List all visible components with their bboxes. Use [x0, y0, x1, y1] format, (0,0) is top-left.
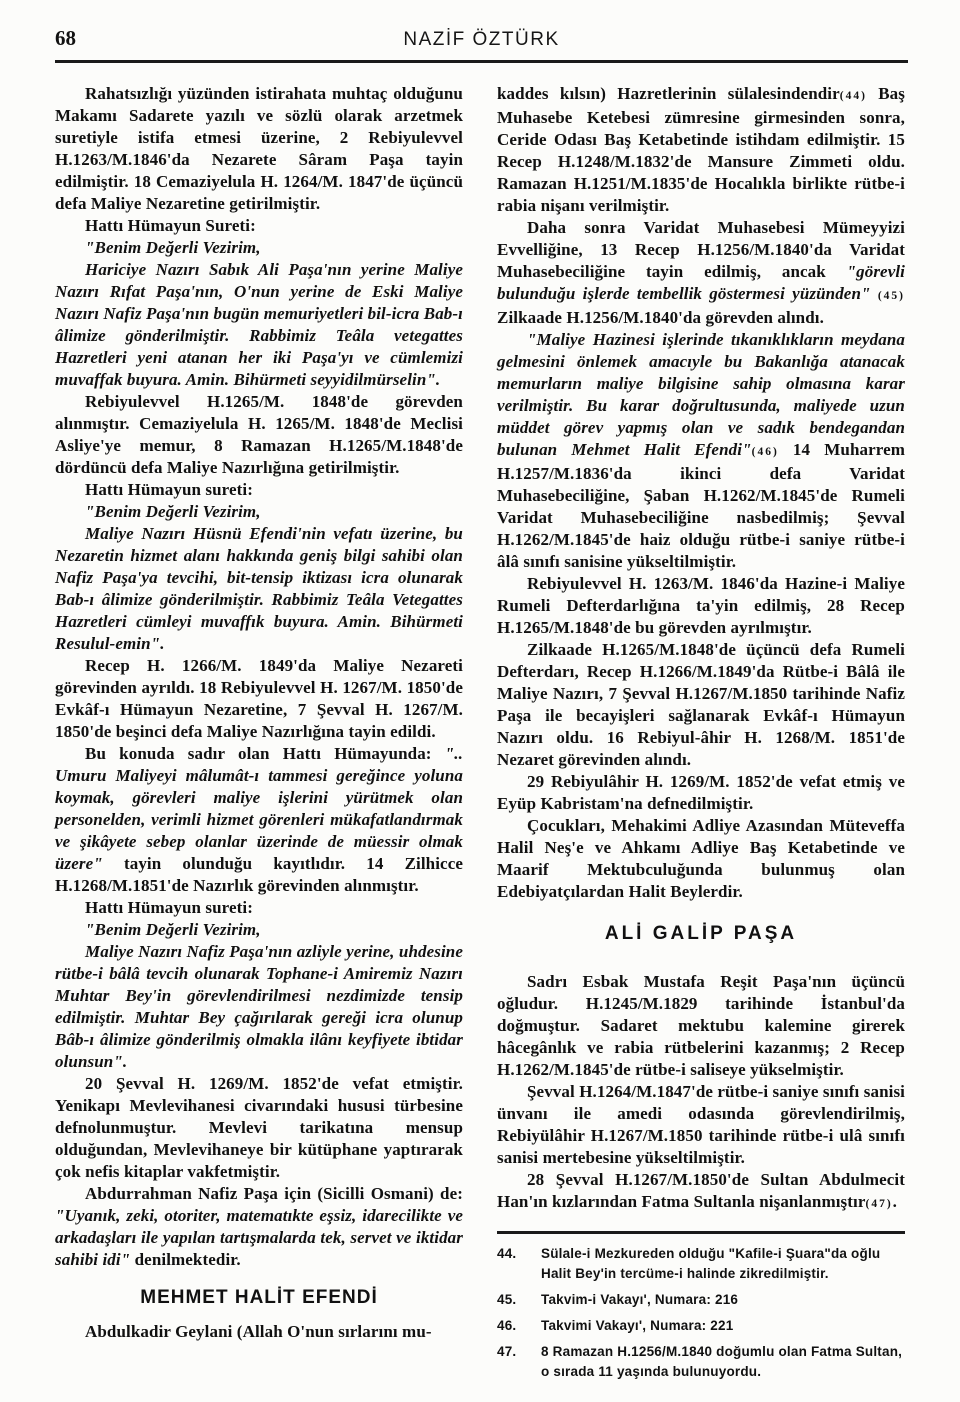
header-divider [55, 60, 908, 63]
page-header: 68 NAZİF ÖZTÜRK [55, 26, 908, 56]
paragraph: Hariciye Nazırı Sabık Ali Paşa'nın yerin… [55, 259, 463, 391]
text-segment: Hattı Hümayun sureti: [85, 898, 253, 917]
paragraph: Maliye Nazırı Nafiz Paşa'nın azliyle yer… [55, 941, 463, 1073]
footnote-ref-47: (47) [866, 1198, 893, 1210]
footnote: 47.8 Ramazan H.1256/M.1840 doğumlu olan … [497, 1342, 905, 1382]
paragraph: kaddes kılsın) Hazretlerinin sülalesinde… [497, 83, 905, 217]
text-segment: Hattı Hümayun sureti: [85, 480, 253, 499]
paragraph: Maliye Nazırı Hüsnü Efendi'nin vefatı üz… [55, 523, 463, 655]
paragraph: Sadrı Esbak Mustafa Reşit Paşa'nın üçünc… [497, 971, 905, 1081]
text-segment: denilmektedir. [130, 1250, 240, 1269]
paragraph: Zilkaade H.1265/M.1848'de üçüncü defa Ru… [497, 639, 905, 771]
paragraph: Daha sonra Varidat Muhasebesi Mümeyyizi … [497, 217, 905, 329]
paragraph: Rebiyulevvel H. 1263/M. 1846'da Hazine-i… [497, 573, 905, 639]
footnote-divider [497, 1231, 905, 1234]
left-column: Rahatsızlığı yüzünden istirahata muhtaç … [55, 83, 463, 1388]
document-page: 68 NAZİF ÖZTÜRK Rahatsızlığı yüzünden is… [0, 0, 960, 1402]
paragraph: Hattı Hümayun sureti: [55, 897, 463, 919]
text-segment: "Benim Değerli Vezirim, [85, 502, 261, 521]
text-segment: Hariciye Nazırı Sabık Ali Paşa'nın yerin… [55, 260, 463, 389]
text-segment: 28 Şevval H.1267/M.1850'de Sultan Abdulm… [497, 1170, 905, 1211]
paragraph: Çocukları, Mehakimi Adliye Azasından Müt… [497, 815, 905, 903]
footnote-number: 47. [497, 1342, 516, 1362]
text-segment: Bu konuda sadır olan Hattı Hümayunda: [85, 744, 445, 763]
text-segment: Rebiyulevvel H. 1263/M. 1846'da Hazine-i… [497, 574, 905, 637]
section-heading-mehmet-halit-efendi: MEHMET HALİT EFENDİ [55, 1287, 463, 1309]
footnote: 45.Takvim-i Vakayı', Numara: 216 [497, 1290, 905, 1310]
text-segment: Abdurrahman Nafiz Paşa için (Sicilli Osm… [85, 1184, 463, 1203]
text-segment: . [893, 1192, 897, 1211]
paragraph: Hattı Hümayun Sureti: [55, 215, 463, 237]
paragraph: "Benim Değerli Vezirim, [55, 501, 463, 523]
footnote-text: Takvim-i Vakayı', Numara: 216 [541, 1292, 738, 1307]
footnotes: 44.Sülale-i Mezkureden olduğu "Kafile-i … [497, 1244, 905, 1382]
text-segment: Hattı Hümayun Sureti: [85, 216, 256, 235]
footnote-number: 44. [497, 1244, 516, 1264]
text-segment: 14 Muharrem H.1257/M.1836'da ikinci defa… [497, 440, 905, 571]
paragraph: Abdulkadir Geylani (Allah O'nun sırların… [55, 1321, 463, 1343]
section-heading-ali-galip-pasa: ALİ GALİP PAŞA [497, 923, 905, 945]
text-segment: Sadrı Esbak Mustafa Reşit Paşa'nın üçünc… [497, 972, 905, 1079]
text-segment: Şevval H.1264/M.1847'de rütbe-i saniye s… [497, 1082, 905, 1167]
paragraph: Rahatsızlığı yüzünden istirahata muhtaç … [55, 83, 463, 215]
right-column: kaddes kılsın) Hazretlerinin sülalesinde… [497, 83, 905, 1388]
paragraph: 29 Rebiyulâhir H. 1269/M. 1852'de vefat … [497, 771, 905, 815]
paragraph: "Maliye Hazinesi işlerinde tıkanıklıklar… [497, 329, 905, 573]
text-segment: Baş Muhasebe Ketebesi zümresine girmesin… [497, 84, 905, 215]
running-title: NAZİF ÖZTÜRK [55, 29, 908, 51]
text-segment: Zilkaade H.1265/M.1848'de üçüncü defa Ru… [497, 640, 905, 769]
paragraph: Recep H. 1266/M. 1849'da Maliye Nezareti… [55, 655, 463, 743]
footnote-number: 45. [497, 1290, 516, 1310]
text-segment: "Benim Değerli Vezirim, [85, 920, 261, 939]
footnote-text: 8 Ramazan H.1256/M.1840 doğumlu olan Fat… [541, 1344, 902, 1379]
paragraph: "Benim Değerli Vezirim, [55, 919, 463, 941]
text-segment: kaddes kılsın) Hazretlerinin sülalesinde… [497, 84, 840, 103]
paragraph: Rebiyulevvel H.1265/M. 1848'de görevden … [55, 391, 463, 479]
text-segment: Rahatsızlığı yüzünden istirahata muhtaç … [55, 84, 463, 213]
paragraph: "Benim Değerli Vezirim, [55, 237, 463, 259]
paragraph: 28 Şevval H.1267/M.1850'de Sultan Abdulm… [497, 1169, 905, 1215]
paragraph: Abdurrahman Nafiz Paşa için (Sicilli Osm… [55, 1183, 463, 1271]
footnote: 46.Takvimi Vakayı', Numara: 221 [497, 1316, 905, 1336]
text-segment: Daha sonra Varidat Muhasebesi Mümeyyizi … [497, 218, 905, 281]
text-segment: 29 Rebiyulâhir H. 1269/M. 1852'de vefat … [497, 772, 905, 813]
text-segment: Maliye Nazırı Nafiz Paşa'nın azliyle yer… [55, 942, 463, 1071]
footnote-text: Takvimi Vakayı', Numara: 221 [541, 1318, 733, 1333]
text-segment: Abdulkadir Geylani (Allah O'nun sırların… [85, 1322, 432, 1341]
text-segment: "Benim Değerli Vezirim, [85, 238, 261, 257]
paragraph: 20 Şevval H. 1269/M. 1852'de vefat etmiş… [55, 1073, 463, 1183]
footnote: 44.Sülale-i Mezkureden olduğu "Kafile-i … [497, 1244, 905, 1284]
paragraph: Şevval H.1264/M.1847'de rütbe-i saniye s… [497, 1081, 905, 1169]
text-segment: Çocukları, Mehakimi Adliye Azasından Müt… [497, 816, 905, 901]
footnote-ref-44: (44) [840, 90, 867, 102]
footnote-ref-46: (46) [752, 446, 779, 458]
footnote-number: 46. [497, 1316, 516, 1336]
text-segment: Zilkaade H.1256/M.1840'da görevden alınd… [497, 308, 824, 327]
text-segment: Recep H. 1266/M. 1849'da Maliye Nezareti… [55, 656, 463, 741]
text-segment: Maliye Nazırı Hüsnü Efendi'nin vefatı üz… [55, 524, 463, 653]
two-column-body: Rahatsızlığı yüzünden istirahata muhtaç … [55, 83, 908, 1388]
text-segment: Rebiyulevvel H.1265/M. 1848'de görevden … [55, 392, 463, 477]
text-segment: 20 Şevval H. 1269/M. 1852'de vefat etmiş… [55, 1074, 463, 1181]
paragraph: Hattı Hümayun sureti: [55, 479, 463, 501]
text-segment: "Uyanık, zeki, otoriter, matematıkte eşs… [55, 1206, 463, 1269]
footnote-ref-45: (45) [878, 290, 905, 302]
footnote-text: Sülale-i Mezkureden olduğu "Kafile-i Şua… [541, 1246, 880, 1281]
text-segment: tayin olunduğu kayıtlıdır. 14 Zilhicce H… [55, 854, 463, 895]
paragraph: Bu konuda sadır olan Hattı Hümayunda: ".… [55, 743, 463, 897]
